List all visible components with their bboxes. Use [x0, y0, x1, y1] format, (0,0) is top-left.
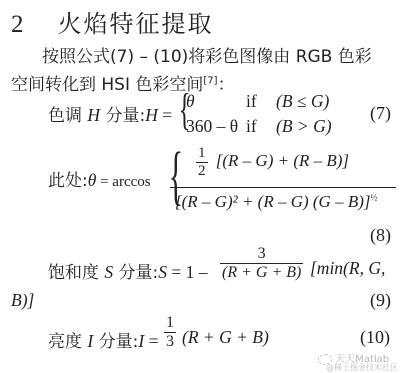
eq9-fraction: 3 (R + G + B) — [220, 245, 303, 282]
eq8-arccos: = arccos — [96, 174, 150, 190]
eq10-frac: 1 3 — [164, 314, 176, 351]
eq9-tail: [min(R, G, — [310, 258, 385, 279]
eq7-case1-value: θ — [186, 91, 195, 111]
eq7-case2-value: 360 – θ — [186, 116, 238, 136]
eq9-number: (9) — [370, 290, 391, 311]
equation-7: 色调 H 分量:H = — [48, 101, 172, 126]
eq9-var: S — [104, 262, 113, 282]
eq8-denominator-text: [(R – G)² + (R – G) (G – B)] — [175, 192, 371, 211]
eq10-equals: = — [144, 331, 158, 351]
eq10-tail: (R + G + B) — [182, 327, 269, 348]
eq7-number: (7) — [370, 103, 391, 124]
eq10-frac-num: 1 — [164, 314, 176, 333]
eq10-number: (10) — [360, 327, 390, 348]
eq7-equals: = — [158, 105, 172, 125]
eq10-fraction: 1 3 — [164, 314, 176, 351]
equation-9: 饱和度 S 分量:S = 1 – — [48, 258, 208, 283]
eq10-label: 亮度 — [48, 332, 87, 352]
eq9-lhs: S — [158, 262, 167, 282]
half-fraction: 1 2 — [196, 145, 208, 180]
eq8-number: (8) — [370, 225, 391, 246]
citation[interactable]: [7] — [203, 75, 217, 86]
eq8-numerator: 1 2 [(R – G) + (R – B)] — [196, 145, 349, 180]
eq10-frac-den: 3 — [164, 333, 176, 351]
eq9-label: 饱和度 — [48, 263, 104, 283]
eq7-case1-if: if — [246, 91, 257, 112]
eq8-label: 此处: — [48, 171, 88, 191]
eq8-numerator-text: [(R – G) + (R – B)] — [216, 151, 349, 170]
watermark-line-2: @稀土掘金技术社区 — [326, 362, 398, 373]
paragraph-line-2-text: 空间转化到 HSI 色彩空间 — [11, 75, 203, 95]
half-num: 1 — [196, 145, 208, 163]
eq7-case2-cond: (B > G) — [276, 116, 332, 137]
eq7-lhs: H — [145, 105, 158, 125]
equation-10: 亮度 I 分量:I = — [48, 327, 158, 352]
eq9-frac-num: 3 — [220, 245, 303, 264]
eq10-label-2: 分量: — [93, 332, 138, 352]
section-number: 2 — [11, 11, 26, 38]
eq9-frac-den: (R + G + B) — [220, 264, 303, 282]
equation-8: 此处:θ = arccos — [48, 166, 151, 191]
eq9-label-2: 分量: — [113, 263, 158, 283]
paragraph-line-1: 按照公式(7) – (10)将彩色图像由 RGB 色彩 — [42, 42, 372, 67]
eq9-equals: = 1 – — [167, 262, 208, 282]
paragraph-line-2: 空间转化到 HSI 色彩空间[7]： — [11, 70, 235, 95]
eq7-case-1: θ — [186, 91, 195, 112]
eq7-case1-cond: (B ≤ G) — [276, 91, 329, 112]
colon: ： — [218, 75, 235, 95]
eq9-frac: 3 (R + G + B) — [220, 245, 303, 282]
section-title: 火焰特征提取 — [57, 10, 213, 38]
eq7-label-2: 分量: — [100, 106, 145, 126]
eq7-case2-if: if — [246, 116, 257, 137]
half-den: 2 — [196, 163, 208, 180]
eq7-case-2: 360 – θ — [186, 116, 238, 137]
eq8-denominator: [(R – G)² + (R – G) (G – B)]½ — [175, 192, 377, 212]
eq7-label: 色调 — [48, 106, 87, 126]
section-heading: 2 火焰特征提取 — [11, 4, 213, 39]
fraction-bar — [170, 187, 396, 188]
eq7-var: H — [87, 105, 100, 125]
eq8-exponent: ½ — [371, 192, 378, 202]
eq9-continuation: B)] — [11, 290, 34, 311]
